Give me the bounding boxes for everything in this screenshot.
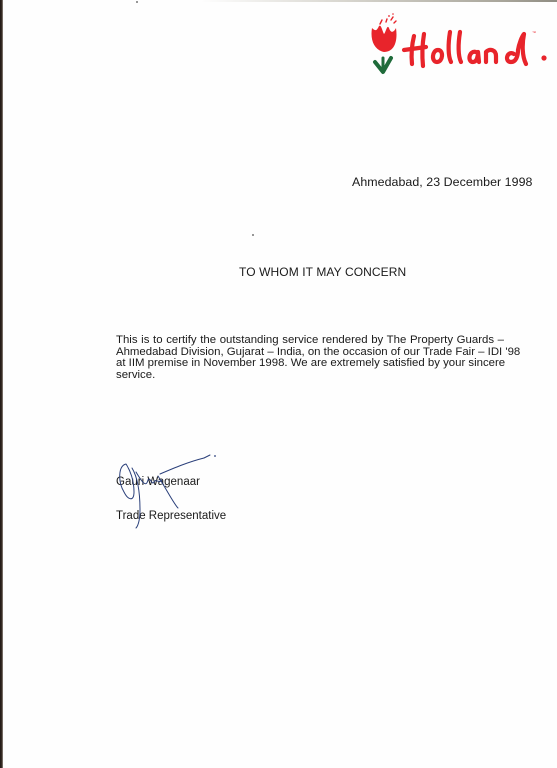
svg-text:™: ™ — [532, 30, 536, 35]
letter-date: Ahmedabad, 23 December 1998 — [352, 175, 532, 189]
scan-speck — [136, 1, 138, 3]
body-line: This is to certify the outstanding servi… — [116, 335, 504, 347]
holland-logo: ™ — [364, 10, 556, 84]
body-line: service. — [116, 370, 504, 382]
scan-edge-shadow — [0, 0, 3, 768]
letter-body: This is to certify the outstanding servi… — [116, 335, 504, 382]
tulip-icon: ™ — [364, 10, 556, 84]
scan-top-edge — [200, 0, 557, 2]
signer-name: Gauri Wagenaar — [116, 476, 200, 488]
scan-speck — [252, 234, 254, 236]
letter-heading: TO WHOM IT MAY CONCERN — [239, 265, 406, 279]
scanned-letter-page: ™ Ahmedabad, 23 December 1998 TO WHOM IT… — [0, 0, 557, 768]
signer-title: Trade Representative — [116, 510, 226, 522]
body-line: at IIM premise in November 1998. We are … — [116, 358, 504, 370]
